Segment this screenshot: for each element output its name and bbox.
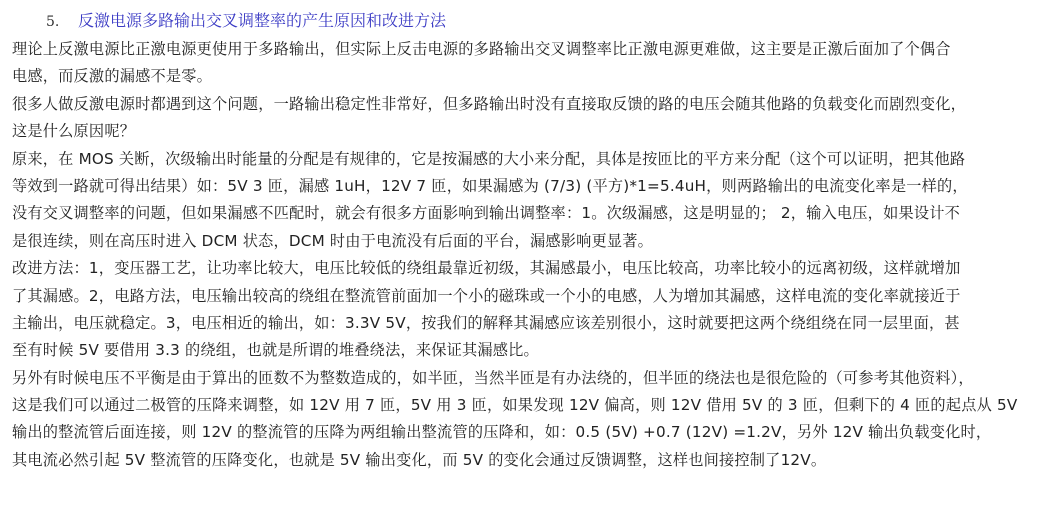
text-line: 至有时候 5V 要借用 3.3 的绕组，也就是所谓的堆叠绕法，来保证其漏感比。	[12, 337, 1058, 364]
text-line: 原来，在 MOS 关断，次级输出时能量的分配是有规律的，它是按漏感的大小来分配，…	[12, 146, 1058, 173]
text-line: 没有交叉调整率的问题，但如果漏感不匹配时，就会有很多方面影响到输出调整率：1。次…	[12, 200, 1058, 227]
paragraph-intro: 理论上反激电源比正激电源更使用于多路输出，但实际上反击电源的多路输出交叉调整率比…	[12, 36, 1058, 91]
text-line: 改进方法：1，变压器工艺，让功率比较大，电压比较低的绕组最靠近初级，其漏感最小，…	[12, 255, 1058, 282]
text-line: 理论上反激电源比正激电源更使用于多路输出，但实际上反击电源的多路输出交叉调整率比…	[12, 36, 1058, 63]
text-line: 是很连续，则在高压时进入 DCM 状态，DCM 时由于电流没有后面的平台，漏感影…	[12, 228, 1058, 255]
text-line: 这是什么原因呢？	[12, 118, 1058, 145]
text-line: 这是我们可以通过二极管的压降来调整，如 12V 用 7 匝，5V 用 3 匝，如…	[12, 392, 1058, 419]
text-line: 另外有时候电压不平衡是由于算出的匝数不为整数造成的，如半匝，当然半匝是有办法绕的…	[12, 365, 1058, 392]
document-body: 5.反激电源多路输出交叉调整率的产生原因和改进方法 理论上反激电源比正激电源更使…	[12, 6, 1058, 474]
paragraph-half-turn: 另外有时候电压不平衡是由于算出的匝数不为整数造成的，如半匝，当然半匝是有办法绕的…	[12, 365, 1058, 475]
text-line: 主输出，电压就稳定。3，电压相近的输出，如：3.3V 5V，按我们的解释其漏感应…	[12, 310, 1058, 337]
section-title: 5.反激电源多路输出交叉调整率的产生原因和改进方法	[12, 6, 1058, 36]
paragraph-improvements: 改进方法：1，变压器工艺，让功率比较大，电压比较低的绕组最靠近初级，其漏感最小，…	[12, 255, 1058, 365]
text-line: 输出的整流管后面连接，则 12V 的整流管的压降为两组输出整流管的压降和，如：0…	[12, 419, 1058, 446]
paragraph-explanation: 原来，在 MOS 关断，次级输出时能量的分配是有规律的，它是按漏感的大小来分配，…	[12, 146, 1058, 256]
text-line: 很多人做反激电源时都遇到这个问题，一路输出稳定性非常好，但多路输出时没有直接取反…	[12, 91, 1058, 118]
text-line: 了其漏感。2，电路方法，电压输出较高的绕组在整流管前面加一个小的磁珠或一个小的电…	[12, 283, 1058, 310]
text-line: 其电流必然引起 5V 整流管的压降变化，也就是 5V 输出变化，而 5V 的变化…	[12, 447, 1058, 474]
text-line: 等效到一路就可得出结果）如：5V 3 匝，漏感 1uH，12V 7 匝，如果漏感…	[12, 173, 1058, 200]
section-title-text: 反激电源多路输出交叉调整率的产生原因和改进方法	[78, 11, 446, 30]
paragraph-question: 很多人做反激电源时都遇到这个问题，一路输出稳定性非常好，但多路输出时没有直接取反…	[12, 91, 1058, 146]
text-line: 电感，而反激的漏感不是零。	[12, 63, 1058, 90]
section-number: 5.	[46, 7, 78, 37]
